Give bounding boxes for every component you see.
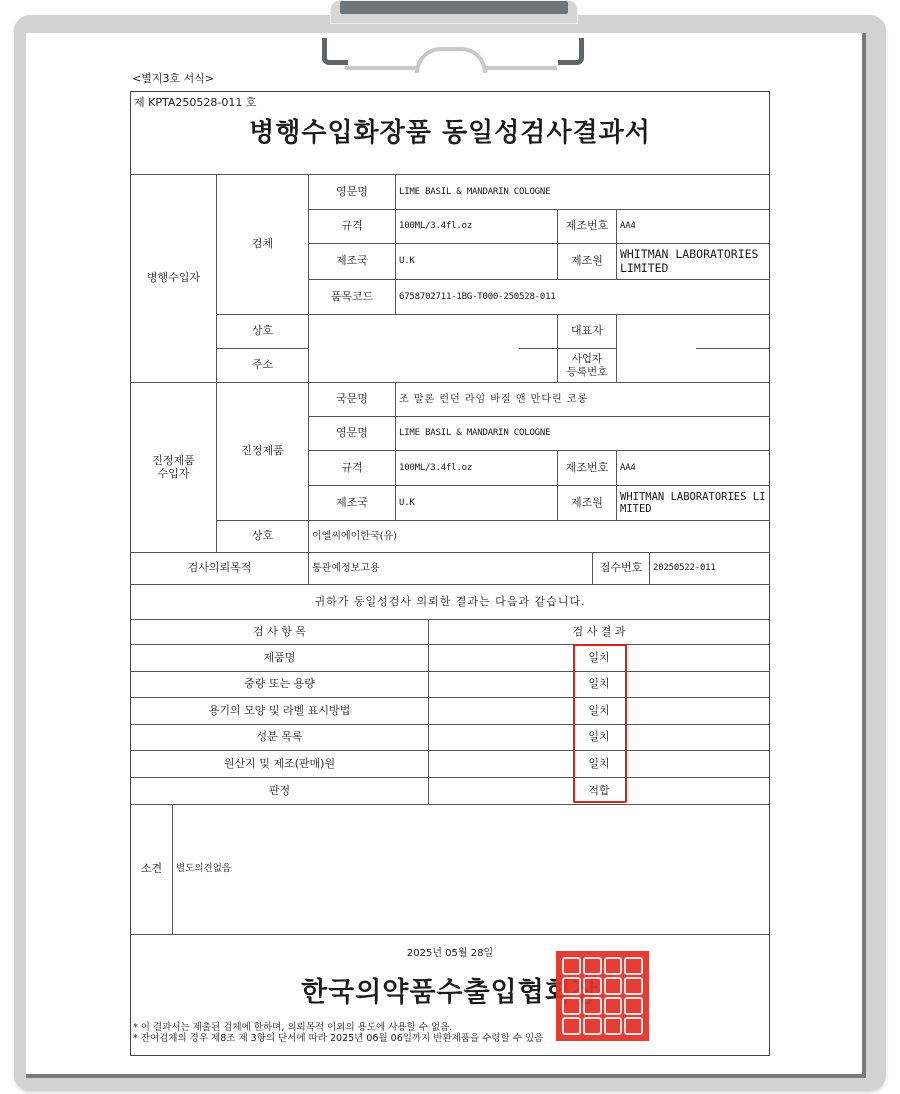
- genuine-english-name-value: LIME BASIL & MANDARIN COLOGNE: [396, 417, 769, 451]
- genuine-country-label: 제조국: [309, 486, 396, 521]
- result-item: 성분 목록: [131, 725, 429, 751]
- manufacturer-value: WHITMAN LABORATORIES LIMITED: [617, 244, 769, 280]
- genuine-manufacturer-label: 제조원: [558, 486, 617, 521]
- header-block: [131, 92, 769, 175]
- country-value: U.K: [396, 244, 558, 280]
- genuine-spec-label: 규격: [309, 451, 396, 486]
- result-item: 용기의 모양 및 라벨 표시방법: [131, 698, 429, 725]
- result-item: 중량 또는 용량: [131, 672, 429, 698]
- item-code-value: 6758702711-1BG-T000-250528-011: [396, 280, 769, 315]
- genuine-product-label: 진정제품: [217, 383, 309, 521]
- redaction-line-fragment: [696, 348, 769, 349]
- receipt-number-label: 접수번호: [593, 553, 650, 585]
- note-line: * 이 결과서는 제출된 검체에 한하며, 의뢰목적 이외의 용도에 사용할 수…: [133, 1022, 543, 1033]
- issuer-name: 한국의약품수출입협회장: [131, 970, 769, 1009]
- note-line: * 잔여검체의 경우 제8조 제 3항의 단서에 따라 2025년 06월 06…: [133, 1033, 543, 1044]
- official-seal-icon: [556, 951, 649, 1041]
- country-label: 제조국: [309, 244, 396, 280]
- result-item: 원산지 및 제조(판매)원: [131, 751, 429, 778]
- lot-label: 제조번호: [558, 210, 617, 244]
- opinion-label: 소견: [131, 805, 173, 935]
- clipboard-clip-arm-left: [322, 38, 348, 65]
- genuine-company-value: 이엘씨에이한국(유): [309, 521, 769, 553]
- inspection-certificate: 제 KPTA250528-011 호 병행수입화장품 동일성검사결과서 병행수입…: [130, 91, 770, 1056]
- result-value-header: 검 사 결 과: [429, 620, 769, 645]
- company-address-value-redacted: [309, 315, 558, 383]
- result-item: 제품명: [131, 645, 429, 672]
- receipt-number-value: 20250522-011: [650, 553, 769, 585]
- notes: * 이 결과서는 제출된 검체에 한하며, 의뢰목적 이외의 용도에 사용할 수…: [133, 1022, 543, 1044]
- company-label: 상호: [217, 315, 309, 349]
- result-item-verdict: 판정: [131, 778, 429, 805]
- genuine-manufacturer-value: WHITMAN LABORATORIES LIMITED: [617, 486, 769, 521]
- sample-label: 검체: [217, 175, 309, 315]
- korean-name-label: 국문명: [309, 383, 396, 417]
- result-item-header: 검 사 항 목: [131, 620, 429, 645]
- business-reg-label: 사업자 등록번호: [558, 349, 617, 383]
- result-highlight-box: [573, 644, 627, 803]
- genuine-country-value: U.K: [396, 486, 558, 521]
- english-name-label: 영문명: [309, 175, 396, 210]
- redaction-line-fragment: [519, 348, 558, 349]
- spec-value: 100ML/3.4fl.oz: [396, 210, 558, 244]
- request-purpose-value: 통관예정보고용: [309, 553, 593, 585]
- manufacturer-label: 제조원: [558, 244, 617, 280]
- clipboard-clip-arm-right: [558, 38, 584, 65]
- form-label: <별지3호 서식>: [132, 70, 214, 86]
- genuine-company-label: 상호: [217, 521, 309, 553]
- lot-value: AA4: [617, 210, 769, 244]
- intro-sentence: 귀하가 동일성검사 의뢰한 결과는 다음과 같습니다.: [131, 585, 769, 620]
- genuine-english-name-label: 영문명: [309, 417, 396, 451]
- korean-name-value: 조 말론 런던 라임 바질 앤 만다린 코롱: [396, 383, 769, 417]
- clipboard-clip-bar: [340, 1, 568, 14]
- representative-label: 대표자: [558, 315, 617, 349]
- parallel-importer-label: 병행수입자: [131, 175, 217, 383]
- request-purpose-label: 검사의뢰목적: [131, 553, 309, 585]
- genuine-lot-label: 제조번호: [558, 451, 617, 486]
- genuine-lot-value: AA4: [617, 451, 769, 486]
- item-code-label: 품목코드: [309, 280, 396, 315]
- opinion-text: 별도의견없음: [173, 805, 769, 935]
- issue-date: 2025년 05월 28일: [131, 944, 769, 959]
- english-name-value: LIME BASIL & MANDARIN COLOGNE: [396, 175, 769, 210]
- address-label: 주소: [217, 349, 309, 383]
- spec-label: 규격: [309, 210, 396, 244]
- genuine-spec-value: 100ML/3.4fl.oz: [396, 451, 558, 486]
- representative-value-redacted: [617, 315, 769, 383]
- genuine-importer-label: 진정제품 수입자: [131, 383, 217, 553]
